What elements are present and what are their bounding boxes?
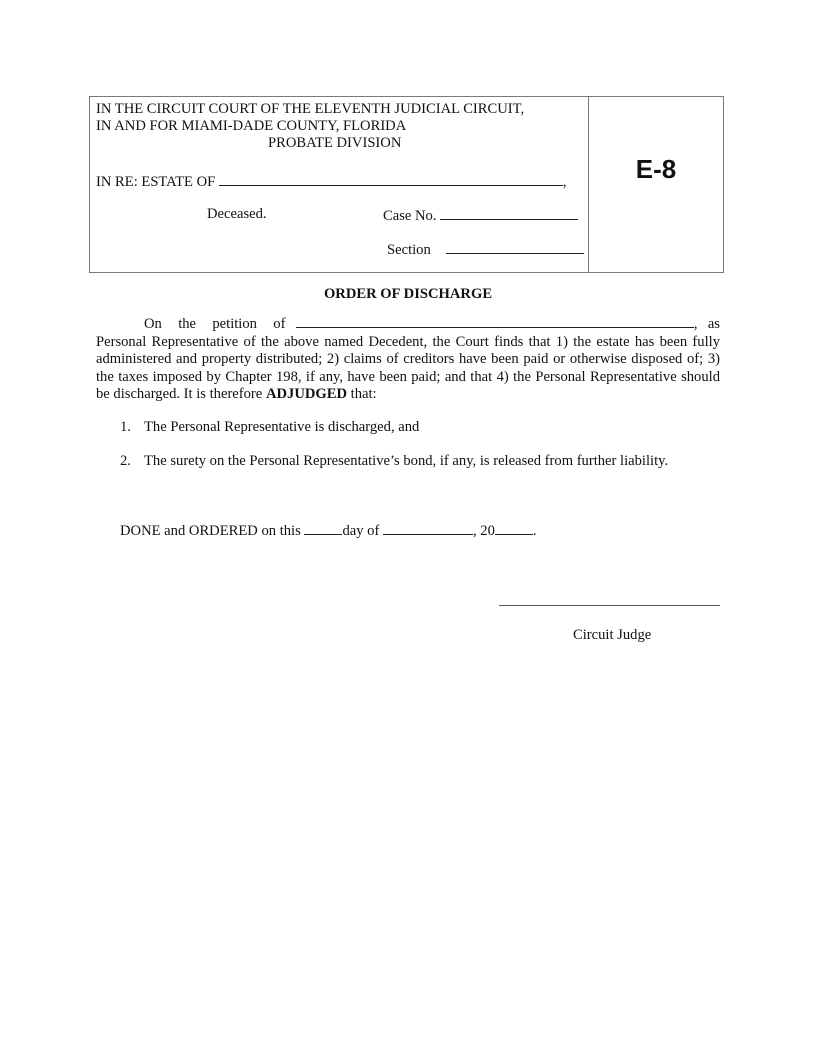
findings-paragraph: On the petition of , as Personal Represe… [96,314,720,404]
case-no-row: Case No. [383,206,578,225]
year-field[interactable] [495,521,533,535]
item-text: The surety on the Personal Representativ… [144,453,668,469]
done-suffix: . [533,523,537,539]
judge-signature-label: Circuit Judge [573,627,651,644]
court-line-1: IN THE CIRCUIT COURT OF THE ELEVENTH JUD… [96,101,524,118]
judge-signature-line[interactable] [499,605,720,606]
case-no-field[interactable] [440,206,578,220]
estate-name-field[interactable] [219,172,563,186]
done-prefix: DONE and ORDERED on this [120,523,304,539]
day-field[interactable] [304,521,342,535]
year-prefix: , 20 [473,523,495,539]
case-no-label: Case No. [383,208,437,224]
day-of-label: day of [342,523,383,539]
section-field[interactable] [446,240,584,254]
section-row: Section [387,240,584,259]
deceased-label: Deceased. [207,206,267,223]
item-number: 2. [120,453,144,470]
order-item-2: 2.The surety on the Personal Representat… [120,453,668,470]
caption-left-cell: IN THE CIRCUIT COURT OF THE ELEVENTH JUD… [90,97,589,272]
estate-suffix: , [563,174,567,190]
petition-prefix: On the petition of [144,316,285,332]
adjudged-suffix: that: [347,386,377,402]
item-number: 1. [120,419,144,436]
section-label: Section [387,242,431,258]
order-title: ORDER OF DISCHARGE [0,286,816,303]
estate-row: IN RE: ESTATE OF , [96,172,567,191]
order-of-discharge-page: IN THE CIRCUIT COURT OF THE ELEVENTH JUD… [0,0,816,1056]
division-label: PROBATE DIVISION [268,135,401,152]
month-field[interactable] [383,521,473,535]
order-item-1: 1.The Personal Representative is dischar… [120,419,419,436]
done-and-ordered-line: DONE and ORDERED on this day of , 20. [120,521,537,540]
caption-right-cell: E-8 [589,97,723,272]
estate-label: IN RE: ESTATE OF [96,174,215,190]
petitioner-name-field[interactable] [296,314,694,328]
case-caption: IN THE CIRCUIT COURT OF THE ELEVENTH JUD… [89,96,724,273]
item-text: The Personal Representative is discharge… [144,419,419,435]
form-code: E-8 [589,154,723,185]
court-line-2: IN AND FOR MIAMI-DADE COUNTY, FLORIDA [96,118,406,135]
adjudged-emphasis: ADJUDGED [266,386,347,402]
